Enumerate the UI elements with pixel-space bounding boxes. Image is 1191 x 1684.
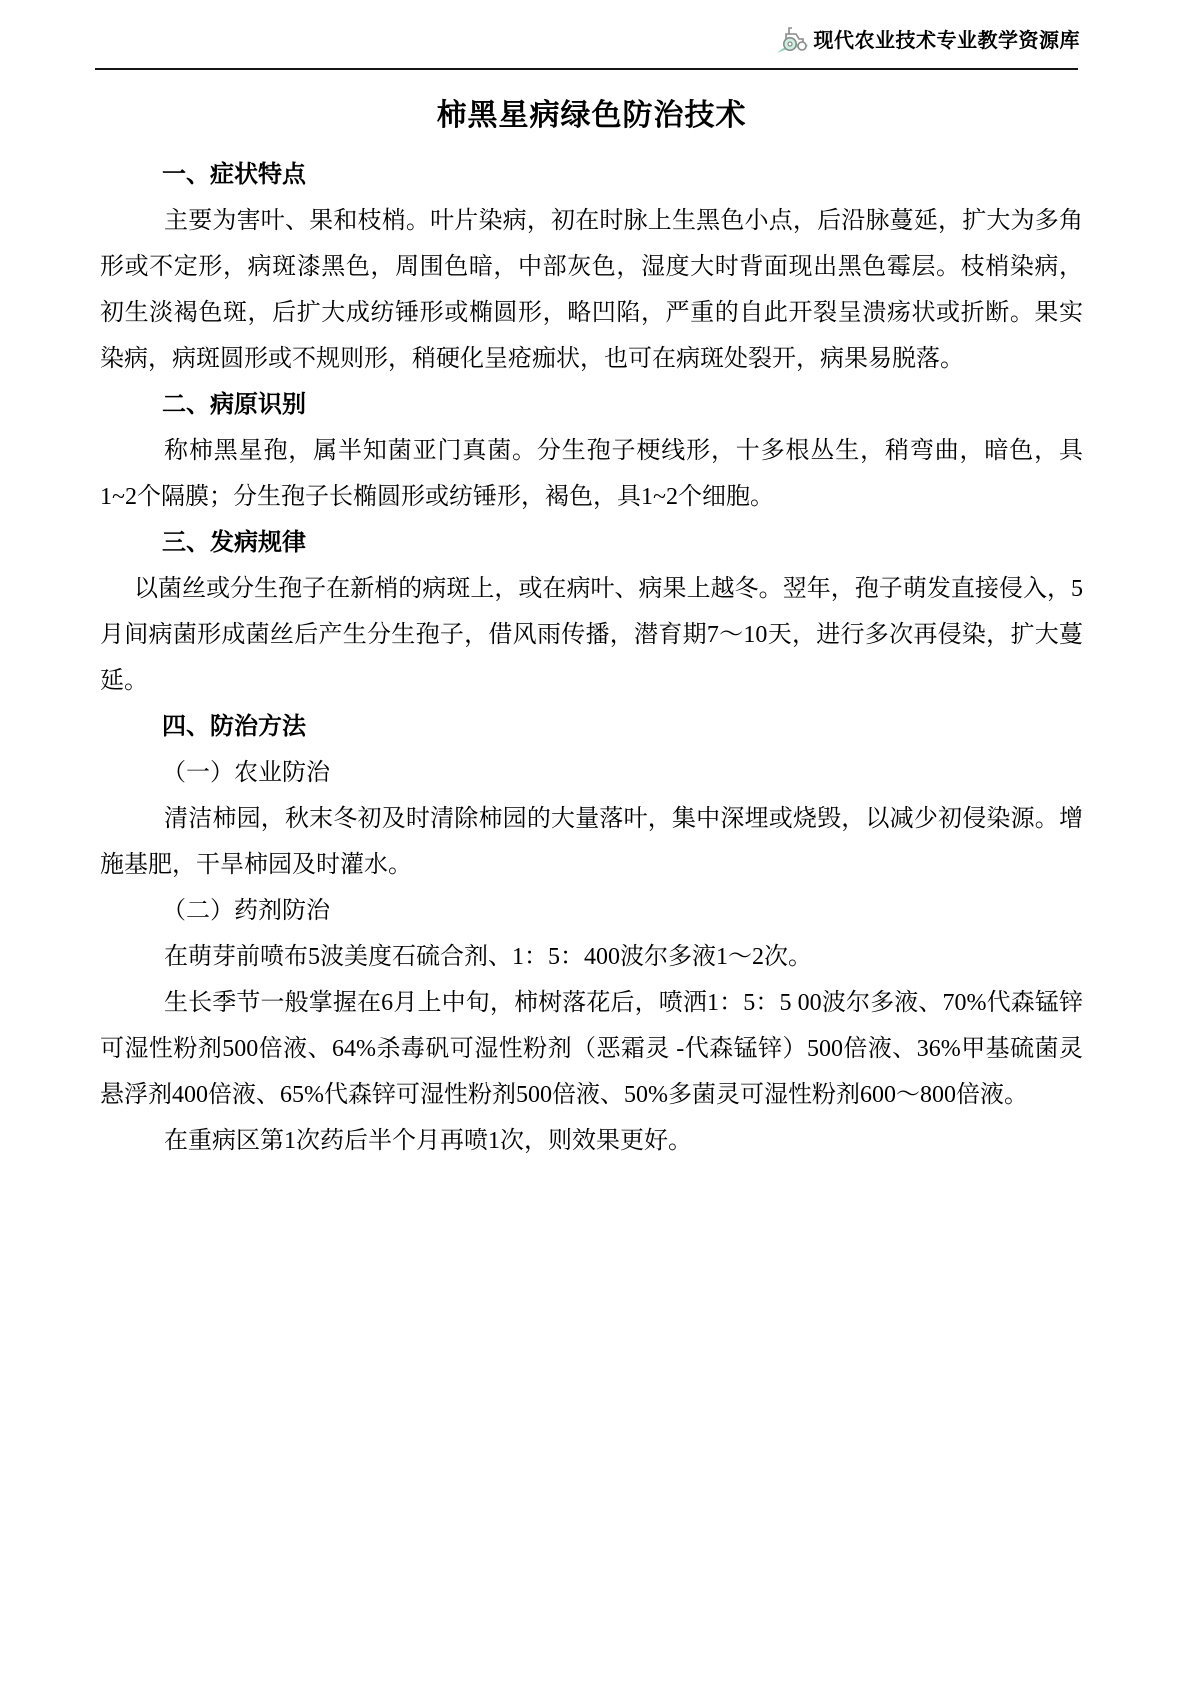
subheading-agricultural-control: （一）农业防治 bbox=[162, 750, 1083, 796]
section-heading-symptoms: 一、症状特点 bbox=[162, 152, 1083, 198]
paragraph-symptoms: 主要为害叶、果和枝梢。叶片染病，初在时脉上生黑色小点，后沿脉蔓延，扩大为多角形或… bbox=[100, 198, 1083, 382]
page-title: 柿黑星病绿色防治技术 bbox=[100, 94, 1083, 138]
paragraph-chemical-control-1: 在萌芽前喷布5波美度石硫合剂、1：5：400波尔多液1～2次。 bbox=[100, 934, 1083, 980]
document-content: 柿黑星病绿色防治技术 一、症状特点 主要为害叶、果和枝梢。叶片染病，初在时脉上生… bbox=[0, 0, 1191, 1164]
paragraph-disease-pattern: 以菌丝或分生孢子在新梢的病斑上，或在病叶、病果上越冬。翌年，孢子萌发直接侵入，5… bbox=[100, 566, 1083, 704]
paragraph-chemical-control-3: 在重病区第1次药后半个月再喷1次，则效果更好。 bbox=[100, 1118, 1083, 1164]
section-heading-disease-pattern: 三、发病规律 bbox=[162, 520, 1083, 566]
subheading-chemical-control: （二）药剂防治 bbox=[162, 888, 1083, 934]
paragraph-pathogen: 称柿黑星孢，属半知菌亚门真菌。分生孢子梗线形，十多根丛生，稍弯曲，暗色，具1~2… bbox=[100, 428, 1083, 520]
paragraph-agricultural-control: 清洁柿园，秋末冬初及时清除柿园的大量落叶，集中深埋或烧毁，以减少初侵染源。增施基… bbox=[100, 796, 1083, 888]
section-heading-control-methods: 四、防治方法 bbox=[162, 704, 1083, 750]
paragraph-chemical-control-2: 生长季节一般掌握在6月上中旬，柿树落花后，喷洒1：5：5 00波尔多液、70%代… bbox=[100, 980, 1083, 1118]
section-heading-pathogen: 二、病原识别 bbox=[162, 382, 1083, 428]
document-page: 现代农业技术专业教学资源库 柿黑星病绿色防治技术 一、症状特点 主要为害叶、果和… bbox=[0, 0, 1191, 1684]
